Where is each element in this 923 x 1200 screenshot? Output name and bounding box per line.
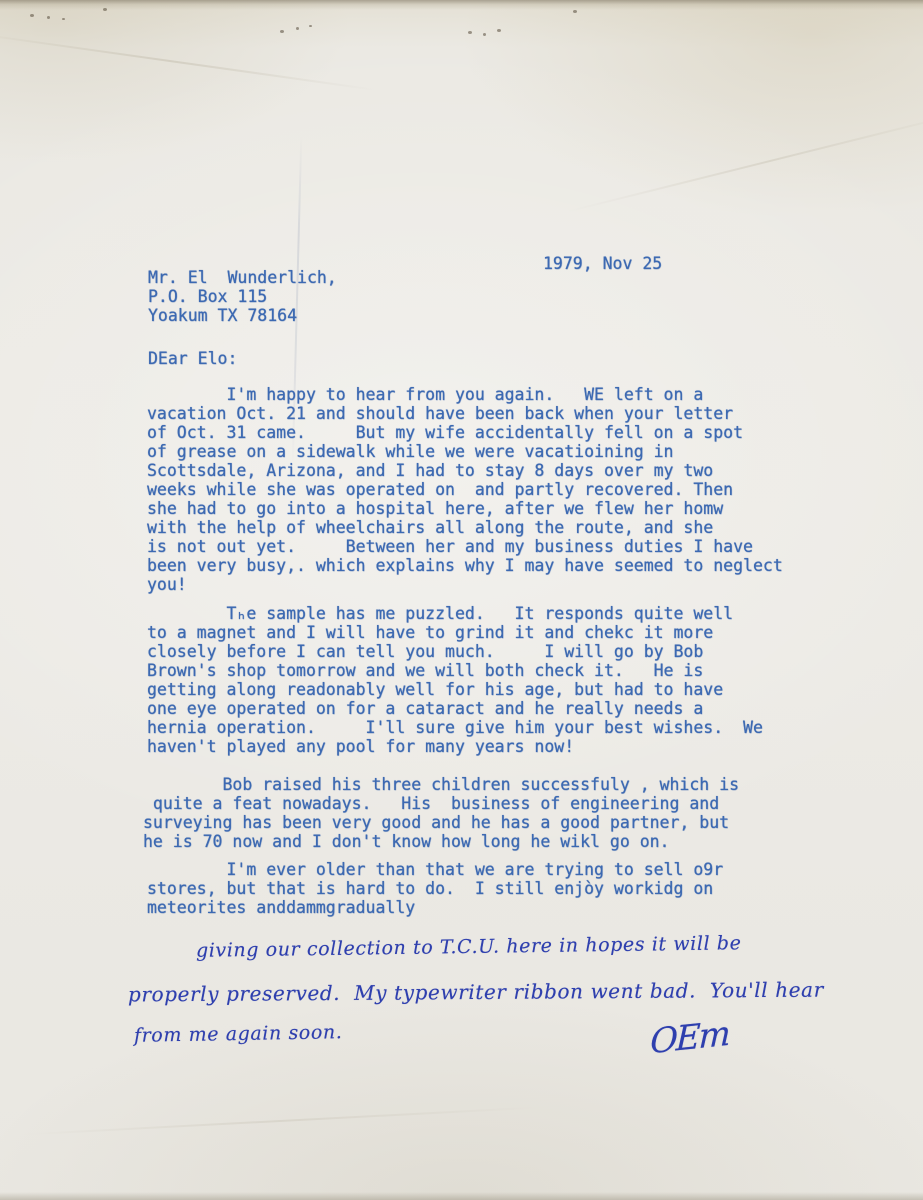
- paper-crease: [20, 1106, 539, 1135]
- letter-date: 1979, Nov 25: [543, 254, 662, 273]
- paper-speck: [309, 25, 312, 27]
- handwriting-line-3: from me again soon.: [134, 1021, 343, 1047]
- handwriting-line-2: properly preserved. My typewriter ribbon…: [128, 978, 824, 1007]
- letter-paragraph-4: I'm ever older than that we are trying t…: [147, 860, 723, 917]
- paper-crease: [0, 31, 378, 91]
- recipient-line-pobox: P.O. Box 115: [148, 287, 267, 306]
- letter-paragraph-1: I'm happy to hear from you again. WE lef…: [147, 385, 783, 594]
- paper-speck: [468, 31, 472, 34]
- signature-initials: OEm: [650, 1014, 730, 1063]
- scanned-letter-page: 1979, Nov 25 Mr. El Wunderlich, P.O. Box…: [0, 0, 923, 1200]
- paper-crease: [566, 109, 923, 213]
- paper-speck: [62, 18, 65, 20]
- paper-speck: [103, 8, 107, 11]
- letter-paragraph-2: Tₕe sample has me puzzled. It responds q…: [147, 604, 763, 756]
- paper-bottom-edge-shadow: [0, 1192, 923, 1200]
- paper-speck: [573, 10, 577, 13]
- letter-paragraph-3: Bob raised his three children successful…: [143, 775, 739, 851]
- paper-speck: [296, 27, 299, 30]
- salutation: DEar Elo:: [148, 349, 237, 368]
- recipient-line-name: Mr. El Wunderlich,: [148, 268, 337, 287]
- paper-speck: [497, 29, 501, 32]
- paper-speck: [280, 30, 284, 33]
- handwriting-line-1: giving our collection to T.C.U. here in …: [196, 932, 742, 962]
- paper-speck: [30, 14, 34, 17]
- paper-speck: [47, 16, 50, 19]
- recipient-address: Mr. El Wunderlich, P.O. Box 115 Yoakum T…: [148, 268, 337, 325]
- paper-top-edge-shadow: [0, 0, 923, 10]
- paper-speck: [483, 33, 486, 36]
- recipient-line-city: Yoakum TX 78164: [148, 306, 297, 325]
